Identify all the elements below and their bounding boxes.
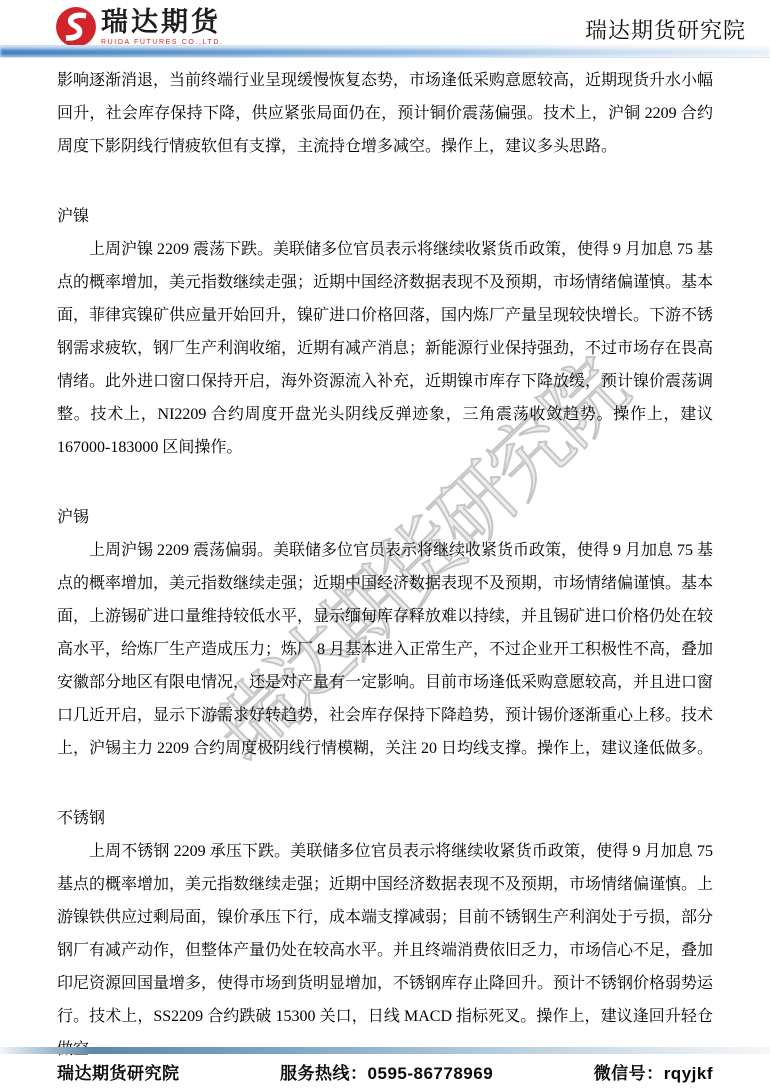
- footer-hotline: 服务热线：0595-86778969: [280, 1059, 493, 1084]
- footer-institute: 瑞达期货研究院: [57, 1059, 180, 1084]
- report-page: 瑞达期货 RUIDA FUTURES CO.,LTD. 瑞达期货研究院 瑞达期货…: [0, 0, 770, 1089]
- footer-wechat: 微信号：rqyjkf: [594, 1059, 713, 1084]
- footer-wechat-id: rqyjkf: [664, 1064, 713, 1083]
- footer-hotline-number: 0595-86778969: [368, 1064, 494, 1083]
- report-body: 影响逐渐消退，当前终端行业呈现缓慢恢复态势，市场逢低采购意愿较高，近期现货升水小…: [57, 64, 713, 1066]
- page-title: 瑞达期货研究院: [585, 14, 746, 45]
- paragraph-tin: 上周沪锡 2209 震荡偏弱。美联储多位官员表示将继续收紧货币政策，使得 9 月…: [57, 534, 713, 765]
- section-heading-stainless-steel: 不锈钢: [57, 802, 713, 835]
- paragraph-stainless-steel: 上周不锈钢 2209 承压下跌。美联储多位官员表示将继续收紧货币政策，使得 9 …: [57, 835, 713, 1066]
- footer-divider-bar: [0, 1047, 770, 1054]
- paragraph-nickel: 上周沪镍 2209 震荡下跌。美联储多位官员表示将继续收紧货币政策，使得 9 月…: [57, 233, 713, 464]
- ruida-logo-icon: [55, 6, 97, 48]
- page-footer: 瑞达期货研究院 服务热线：0595-86778969 微信号：rqyjkf: [57, 1059, 713, 1084]
- brand-logo: 瑞达期货 RUIDA FUTURES CO.,LTD.: [55, 6, 224, 48]
- page-header: 瑞达期货 RUIDA FUTURES CO.,LTD. 瑞达期货研究院: [0, 0, 770, 45]
- brand-name-cn: 瑞达期货: [101, 9, 224, 36]
- paragraph-copper-continuation: 影响逐渐消退，当前终端行业呈现缓慢恢复态势，市场逢低采购意愿较高，近期现货升水小…: [57, 64, 713, 163]
- section-heading-nickel: 沪镍: [57, 200, 713, 233]
- footer-wechat-label: 微信号：: [594, 1064, 664, 1083]
- brand-text: 瑞达期货 RUIDA FUTURES CO.,LTD.: [101, 9, 224, 46]
- section-heading-tin: 沪锡: [57, 501, 713, 534]
- header-divider-bar: [0, 45, 770, 58]
- footer-hotline-label: 服务热线：: [280, 1064, 368, 1083]
